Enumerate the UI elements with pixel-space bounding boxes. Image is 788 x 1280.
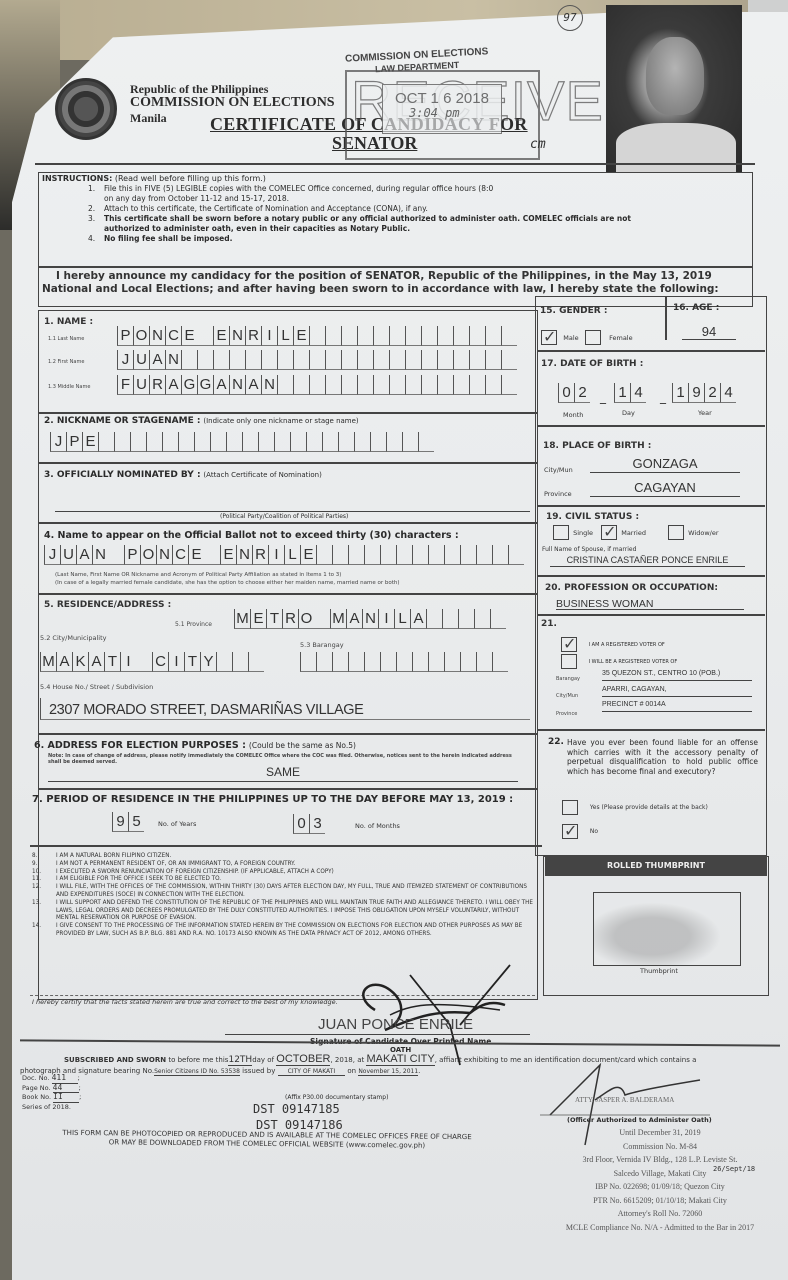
char-box (306, 432, 322, 452)
char-box: K (72, 652, 88, 672)
char-box (162, 432, 178, 452)
char-box: J (117, 350, 133, 370)
char-box: E (293, 326, 309, 346)
char-box (108, 545, 124, 565)
dob-year-field[interactable]: 1924 (672, 383, 736, 403)
char-box: L (394, 609, 410, 629)
char-box: M (330, 609, 346, 629)
char-box: 9 (112, 812, 128, 832)
char-box: J (44, 545, 60, 565)
ballot-name-field[interactable]: JUANPONCEENRILE (44, 545, 524, 565)
char-box (354, 432, 370, 452)
certification-text: I hereby certify that the facts stated h… (32, 998, 338, 1006)
char-box: 1 (614, 383, 630, 403)
char-box: A (346, 609, 362, 629)
char-box (469, 375, 485, 395)
civil-status-options: Single Married Widow/er (553, 525, 719, 540)
char-box (444, 545, 460, 565)
birth-city-field[interactable]: GONZAGA (590, 456, 740, 473)
char-box (332, 652, 348, 672)
char-box: P (117, 326, 133, 346)
char-box (226, 432, 242, 452)
gender-label: 15. GENDER : (540, 306, 607, 316)
char-box: M (40, 652, 56, 672)
char-box (476, 652, 492, 672)
char-box (396, 652, 412, 672)
notary-line: Attorney's Roll No. 72060 (540, 1207, 780, 1221)
char-box: U (133, 350, 149, 370)
civil-single-checkbox[interactable] (553, 525, 569, 540)
char-box (476, 545, 492, 565)
voter-barangay-field[interactable]: 35 QUEZON ST., CENTRO 10 (POB.) (602, 670, 752, 681)
char-box: L (284, 545, 300, 565)
instructions-list: 1.File this in FIVE (5) LEGIBLE copies w… (88, 184, 753, 244)
char-box (453, 375, 469, 395)
char-box: A (88, 652, 104, 672)
disq-no-option: No (562, 824, 598, 839)
char-box (474, 609, 490, 629)
nickname-field[interactable]: JPE (50, 432, 434, 452)
thumbprint-box (593, 892, 741, 966)
char-box (421, 326, 437, 346)
oath-item: 9.I AM NOT A PERMANENT RESIDENT OF, OR A… (32, 860, 537, 868)
char-box: R (282, 609, 298, 629)
char-box (389, 375, 405, 395)
char-box: A (76, 545, 92, 565)
char-box: E (188, 545, 204, 565)
char-box (130, 432, 146, 452)
gender-female-checkbox[interactable] (585, 330, 601, 345)
char-box: T (266, 609, 282, 629)
oath-place: MAKATI CITY (366, 1053, 434, 1066)
char-box: A (213, 375, 229, 395)
char-box (380, 652, 396, 672)
char-box (341, 375, 357, 395)
profession-field[interactable]: BUSINESS WOMAN (556, 598, 744, 610)
char-box (485, 350, 501, 370)
instruction-item: 1.File this in FIVE (5) LEGIBLE copies w… (88, 184, 753, 194)
first-name-field[interactable]: JUAN (117, 350, 517, 370)
last-name-field[interactable]: PONCEENRILE (117, 326, 517, 346)
char-box: A (149, 350, 165, 370)
declaration-text: I hereby announce my candidacy for the p… (42, 270, 748, 296)
char-box: E (82, 432, 98, 452)
oath-item: 8.I AM A NATURAL BORN FILIPINO CITIZEN. (32, 852, 537, 860)
char-box (274, 432, 290, 452)
char-box (442, 609, 458, 629)
profession-label: 20. PROFESSION OR OCCUPATION: (545, 583, 718, 593)
char-box: N (149, 326, 165, 346)
char-box (245, 350, 261, 370)
char-box: G (181, 375, 197, 395)
char-box (357, 350, 373, 370)
char-box (314, 609, 330, 629)
voter-city-field[interactable]: APARRI, CAGAYAN, (602, 686, 752, 697)
notary-date-note: 26/Sept/18 (713, 1165, 755, 1173)
char-box: I (120, 652, 136, 672)
char-box (389, 350, 405, 370)
char-box: 0 (558, 383, 574, 403)
char-box (293, 375, 309, 395)
char-box: O (133, 326, 149, 346)
char-box (405, 350, 421, 370)
char-box: A (56, 652, 72, 672)
candidate-photo (606, 5, 742, 173)
char-box (469, 350, 485, 370)
candidate-printed-name: JUAN PONCE ENRILE (318, 1016, 473, 1033)
char-box (492, 545, 508, 565)
char-box (458, 609, 474, 629)
char-box (248, 652, 264, 672)
char-box (309, 326, 325, 346)
char-box (332, 545, 348, 565)
char-box (364, 545, 380, 565)
char-box: U (60, 545, 76, 565)
char-box (216, 652, 232, 672)
char-box: E (213, 326, 229, 346)
char-box (370, 432, 386, 452)
char-box (309, 350, 325, 370)
nominated-label: 3. OFFICIALLY NOMINATED BY : (Attach Cer… (44, 470, 322, 480)
house-street-field[interactable]: 2307 MORADO STREET, DASMARIÑAS VILLAGE (40, 698, 530, 720)
instructions-header: INSTRUCTIONS: (Read well before filling … (42, 174, 266, 183)
char-box (485, 326, 501, 346)
char-box: F (117, 375, 133, 395)
char-box (277, 350, 293, 370)
char-box (322, 432, 338, 452)
gender-male-checkbox[interactable] (541, 330, 557, 345)
char-box (338, 432, 354, 452)
char-box (373, 375, 389, 395)
nominated-field[interactable] (55, 500, 530, 512)
char-box: A (410, 609, 426, 629)
notary-line: PTR No. 6615209; 01/10/18; Makati City (540, 1194, 780, 1208)
commission-line: COMMISSION ON ELECTIONS (130, 95, 335, 111)
char-box: M (234, 609, 250, 629)
province-field[interactable]: METROMANILA (234, 609, 506, 629)
char-box (469, 326, 485, 346)
char-box (437, 350, 453, 370)
stamp-time: 3:04 pm (409, 106, 460, 120)
char-box: N (261, 375, 277, 395)
char-box (412, 545, 428, 565)
char-box: N (165, 350, 181, 370)
char-box (418, 432, 434, 452)
char-box (309, 375, 325, 395)
char-box: I (378, 609, 394, 629)
oath-item: 12.I WILL FILE, WITH THE OFFICES OF THE … (32, 883, 537, 899)
char-box (389, 326, 405, 346)
char-box: I (268, 545, 284, 565)
disqualification-question: 22. Have you ever been found liable for … (548, 738, 758, 776)
char-box: O (298, 609, 314, 629)
char-box: A (245, 375, 261, 395)
char-box: 1 (672, 383, 688, 403)
char-box (421, 375, 437, 395)
char-box (325, 326, 341, 346)
char-box: T (184, 652, 200, 672)
residence-period-label: 7. PERIOD OF RESIDENCE IN THE PHILIPPINE… (32, 794, 513, 805)
char-box (325, 375, 341, 395)
char-box: 0 (293, 814, 309, 834)
char-box (197, 350, 213, 370)
char-box: O (140, 545, 156, 565)
page-mark: 97 (557, 5, 583, 31)
dst-number-1: DST 09147185 (253, 1102, 340, 1116)
char-box: R (252, 545, 268, 565)
char-box (300, 652, 316, 672)
city-field[interactable]: MAKATICITY (40, 652, 264, 672)
voter-will-register-option: I WILL BE A REGISTERED VOTER OF (561, 654, 677, 669)
gender-options: Male Female (541, 330, 633, 345)
char-box (402, 432, 418, 452)
char-box (453, 350, 469, 370)
will-register-checkbox[interactable] (561, 654, 577, 669)
oath-statements: 8.I AM A NATURAL BORN FILIPINO CITIZEN.9… (32, 852, 537, 938)
voter-registered-option: I AM A REGISTERED VOTER OF (561, 637, 665, 652)
dob-label: 17. DATE OF BIRTH : (541, 359, 643, 369)
civil-widow-checkbox[interactable] (668, 525, 684, 540)
received-stamp: RECEIVED OCT 1 6 2018 3:04 pm (345, 70, 540, 160)
char-box: N (229, 375, 245, 395)
age-field[interactable]: 94 (682, 324, 736, 340)
char-box: E (250, 609, 266, 629)
char-box (405, 326, 421, 346)
char-box (373, 326, 389, 346)
instruction-item: 4.No filing fee shall be imposed. (88, 234, 753, 244)
comelec-seal-icon (55, 78, 117, 140)
notary-line: MCLE Compliance No. N/A - Admitted to th… (540, 1221, 780, 1235)
char-box: N (236, 545, 252, 565)
char-box (373, 350, 389, 370)
char-box: N (362, 609, 378, 629)
char-box: C (172, 545, 188, 565)
char-box (316, 545, 332, 565)
char-box (98, 432, 114, 452)
months-field[interactable]: 03 (293, 814, 325, 834)
char-box: E (300, 545, 316, 565)
char-box (290, 432, 306, 452)
civil-status-label: 19. CIVIL STATUS : (546, 512, 639, 522)
notary-name: ATTY. JASPER A. BALDERAMA (575, 1096, 674, 1104)
stamp-note: (Affix P30.00 documentary stamp) (285, 1094, 388, 1101)
char-box (386, 432, 402, 452)
ballot-name-label: 4. Name to appear on the Official Ballot… (44, 530, 459, 541)
barangay-field[interactable] (300, 652, 508, 672)
char-box: C (152, 652, 168, 672)
dob-day-field[interactable]: 14 (614, 383, 646, 403)
registered-voter-checkbox[interactable] (561, 637, 577, 652)
char-box: C (165, 326, 181, 346)
char-box (490, 609, 506, 629)
char-box (412, 652, 428, 672)
char-box: Y (200, 652, 216, 672)
birthplace-label: 18. PLACE OF BIRTH : (543, 441, 651, 451)
char-box (197, 326, 213, 346)
oath-month: OCTOBER (276, 1053, 330, 1066)
birth-province-field[interactable]: CAGAYAN (590, 480, 740, 497)
civil-married-checkbox[interactable] (601, 525, 617, 540)
stamp-initials: cm (530, 137, 546, 152)
notary-role: (Officer Authorized to Administer Oath) (567, 1116, 712, 1124)
char-box: E (181, 326, 197, 346)
header-divider (35, 163, 755, 165)
city-line: Manila (130, 111, 167, 126)
char-box (293, 350, 309, 370)
char-box: 3 (309, 814, 325, 834)
notary-line: IBP No. 022698; 01/09/18; Quezon City (540, 1180, 780, 1194)
char-box: 2 (574, 383, 590, 403)
disq-no-checkbox[interactable] (562, 824, 578, 839)
notary-line: Until December 31, 2019 (540, 1126, 780, 1140)
char-box: 2 (704, 383, 720, 403)
char-box: A (165, 375, 181, 395)
char-box (277, 375, 293, 395)
char-box: P (66, 432, 82, 452)
char-box: G (197, 375, 213, 395)
char-box (181, 350, 197, 370)
char-box: 4 (720, 383, 736, 403)
char-box (136, 652, 152, 672)
oath-item: 10.I EXECUTED A SWORN RENUNCIATION OF FO… (32, 868, 537, 876)
age-label: 16. AGE : (673, 303, 719, 313)
char-box (460, 545, 476, 565)
char-box (421, 350, 437, 370)
char-box (396, 545, 412, 565)
char-box (194, 432, 210, 452)
char-box (204, 545, 220, 565)
char-box (357, 326, 373, 346)
char-box (325, 350, 341, 370)
disq-yes-checkbox[interactable] (562, 800, 578, 815)
char-box (229, 350, 245, 370)
char-box (261, 350, 277, 370)
char-box (426, 609, 442, 629)
notarial-register: Doc. No. 411; Page No. 44; Book No. II; … (22, 1074, 81, 1111)
notary-details: Until December 31, 2019Commission No. M-… (540, 1126, 780, 1234)
char-box: 9 (688, 383, 704, 403)
char-box (242, 432, 258, 452)
char-box: J (50, 432, 66, 452)
char-box (508, 545, 524, 565)
char-box (210, 432, 226, 452)
char-box (460, 652, 476, 672)
char-box (213, 350, 229, 370)
nickname-label: 2. NICKNAME OR STAGENAME : (Indicate onl… (44, 416, 359, 426)
char-box (146, 432, 162, 452)
char-box (348, 545, 364, 565)
char-box: 4 (630, 383, 646, 403)
oath-item: 11.I AM ELIGIBLE FOR THE OFFICE I SEEK T… (32, 875, 537, 883)
oath-item: 14.I GIVE CONSENT TO THE PROCESSING OF T… (32, 922, 537, 938)
char-box: N (229, 326, 245, 346)
char-box: L (277, 326, 293, 346)
char-box (348, 652, 364, 672)
residence-label: 5. RESIDENCE/ADDRESS : (44, 600, 171, 610)
char-box (114, 432, 130, 452)
char-box (437, 375, 453, 395)
char-box (501, 375, 517, 395)
char-box (232, 652, 248, 672)
char-box (485, 375, 501, 395)
char-box (453, 326, 469, 346)
disq-yes-option: Yes (Please provide details at the back) (562, 800, 708, 815)
char-box (501, 326, 517, 346)
char-box (444, 652, 460, 672)
char-box: P (124, 545, 140, 565)
election-address-field[interactable]: SAME (48, 765, 518, 782)
char-box (380, 545, 396, 565)
notary-line: Commission No. M-84 (540, 1140, 780, 1154)
char-box: I (168, 652, 184, 672)
instruction-item: 2.Attach to this certificate, the Certif… (88, 204, 753, 214)
char-box (258, 432, 274, 452)
char-box: E (220, 545, 236, 565)
char-box: N (156, 545, 172, 565)
char-box (357, 375, 373, 395)
spouse-name-field[interactable]: CRISTINA CASTAÑER PONCE ENRILE (550, 555, 745, 567)
char-box (341, 326, 357, 346)
char-box (341, 350, 357, 370)
char-box (405, 375, 421, 395)
election-address-label: 6. ADDRESS FOR ELECTION PURPOSES : (Coul… (34, 740, 356, 751)
char-box (178, 432, 194, 452)
char-box: T (104, 652, 120, 672)
char-box: I (261, 326, 277, 346)
voter-label: 21. (541, 619, 557, 629)
char-box: N (92, 545, 108, 565)
char-box: 5 (128, 812, 144, 832)
char-box (428, 652, 444, 672)
instruction-item: 3.This certificate shall be sworn before… (88, 214, 753, 224)
char-box (428, 545, 444, 565)
stamp-date: OCT 1 6 2018 (395, 90, 489, 107)
char-box (364, 652, 380, 672)
char-box (316, 652, 332, 672)
char-box (501, 350, 517, 370)
char-box (492, 652, 508, 672)
char-box: U (133, 375, 149, 395)
char-box (437, 326, 453, 346)
years-field[interactable]: 95 (112, 812, 144, 832)
oath-item: 13.I WILL SUPPORT AND DEFEND THE CONSTIT… (32, 899, 537, 922)
dst-number-2: DST 09147186 (256, 1118, 343, 1132)
middle-name-field[interactable]: FURAGGANAN (117, 375, 517, 395)
voter-province-field[interactable]: PRECINCT # 0014A (602, 701, 752, 712)
char-box: R (245, 326, 261, 346)
dob-month-field[interactable]: 02 (558, 383, 590, 403)
name-label: 1. NAME : (44, 317, 93, 327)
char-box: R (149, 375, 165, 395)
